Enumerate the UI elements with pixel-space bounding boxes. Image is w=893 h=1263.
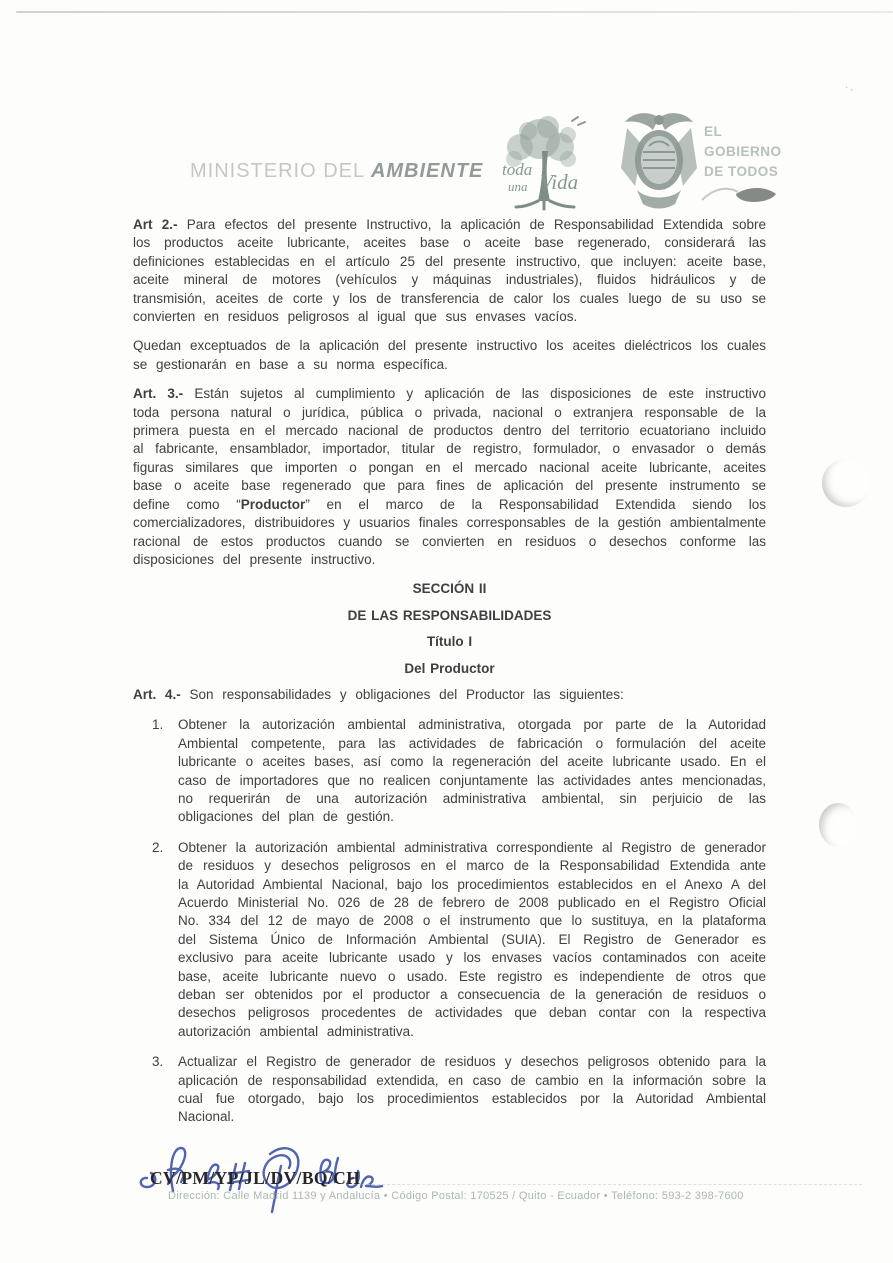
heading-de-las-responsabilidades: DE LAS RESPONSABILIDADES bbox=[133, 607, 766, 625]
art3-productor: Productor bbox=[241, 497, 306, 512]
heading-seccion-ii: SECCIÓN II bbox=[133, 580, 766, 598]
heading-titulo-i: Título I bbox=[133, 633, 766, 651]
document-body: Art 2.- Para efectos del presente Instru… bbox=[133, 216, 766, 1139]
list-item-number: 2. bbox=[152, 839, 168, 1041]
paragraph-art3: Art. 3.- Están sujetos al cumplimiento y… bbox=[133, 385, 766, 569]
gobierno-line-2: GOBIERNO bbox=[704, 142, 782, 162]
scan-top-edge bbox=[16, 11, 893, 13]
art3-body-1: Están sujetos al cumplimiento y aplicaci… bbox=[133, 386, 766, 511]
ministry-wordmark: MINISTERIO DEL AMBIENTE bbox=[190, 160, 483, 183]
scan-corner-mark: ·, bbox=[845, 82, 855, 93]
list-item-number: 1. bbox=[152, 716, 168, 826]
list-item-number: 3. bbox=[152, 1053, 168, 1127]
tree-logo-icon: toda una Vida bbox=[498, 113, 594, 215]
ministry-wordmark-light: MINISTERIO DEL bbox=[190, 160, 364, 182]
ministry-wordmark-bold: AMBIENTE bbox=[371, 160, 483, 182]
footer-initials: CV/PM/YP/JL/DV/BQ/CH bbox=[150, 1168, 360, 1189]
list-item-text: Obtener la autorización ambiental admini… bbox=[178, 839, 766, 1041]
punch-hole-artifact bbox=[819, 803, 857, 847]
art2-lead: Art 2.- bbox=[133, 217, 177, 232]
coat-of-arms-icon bbox=[613, 108, 705, 216]
paragraph-art2: Art 2.- Para efectos del presente Instru… bbox=[133, 216, 766, 326]
punch-hole-artifact bbox=[822, 459, 870, 507]
list-item: 3. Actualizar el Registro de generador d… bbox=[133, 1053, 766, 1127]
art4-body: Son responsabilidades y obligaciones del… bbox=[190, 687, 624, 702]
paragraph-art4: Art. 4.- Son responsabilidades y obligac… bbox=[133, 686, 766, 704]
tree-caption-line3: Vida bbox=[540, 170, 578, 194]
heading-del-productor: Del Productor bbox=[133, 660, 766, 678]
gobierno-line-1: EL bbox=[704, 122, 782, 142]
art4-lead: Art. 4.- bbox=[133, 687, 181, 702]
list-item: 1. Obtener la autorización ambiental adm… bbox=[133, 716, 766, 826]
excepcion-body: Quedan exceptuados de la aplicación del … bbox=[133, 338, 766, 371]
paragraph-excepcion: Quedan exceptuados de la aplicación del … bbox=[133, 337, 766, 374]
footer-address: Dirección: Calle Madrid 1139 y Andalucía… bbox=[168, 1190, 744, 1202]
art2-body: Para efectos del presente Instructivo, l… bbox=[133, 217, 766, 324]
gobierno-swoosh-icon bbox=[700, 178, 780, 210]
gobierno-wordmark: EL GOBIERNO DE TODOS bbox=[704, 122, 782, 182]
tree-caption-line2: una bbox=[508, 179, 528, 194]
list-item-text: Obtener la autorización ambiental admini… bbox=[178, 716, 766, 826]
art3-lead: Art. 3.- bbox=[133, 386, 183, 401]
list-item-text: Actualizar el Registro de generador de r… bbox=[178, 1053, 766, 1127]
tree-caption-line1: toda bbox=[502, 160, 532, 179]
footer-divider bbox=[362, 1184, 862, 1185]
obligations-list: 1. Obtener la autorización ambiental adm… bbox=[133, 716, 766, 1127]
list-item: 2. Obtener la autorización ambiental adm… bbox=[133, 839, 766, 1041]
